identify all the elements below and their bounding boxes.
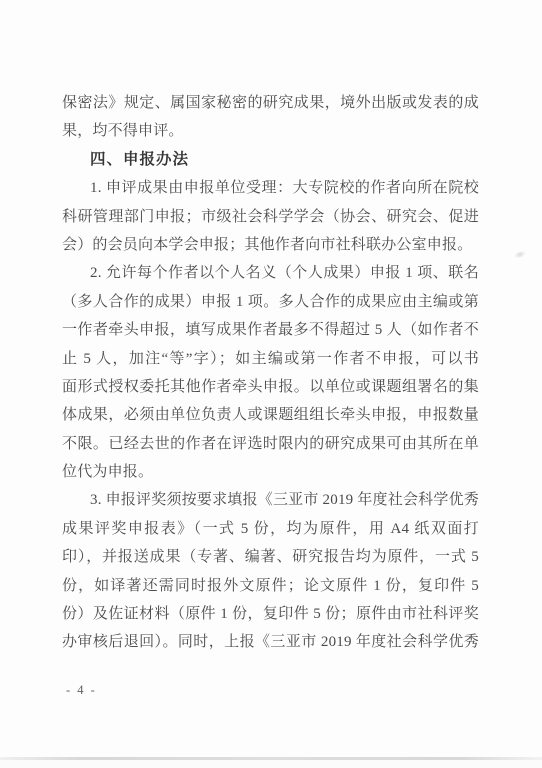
text-line: 一作者牵头申报，填写成果作者最多不得超过 5 人（如作者不 bbox=[62, 316, 479, 344]
page-bottom-edge-shadow bbox=[0, 757, 542, 760]
text-line: 不限。已经去世的作者在评选时限内的研究成果可由其所在单 bbox=[62, 430, 479, 458]
text-line: 面形式授权委托其他作者牵头申报。以单位或课题组署名的集 bbox=[62, 373, 479, 401]
scanned-document-page: 保密法》规定、属国家秘密的研究成果，境外出版或发表的成 果，均不得申评。 四、申… bbox=[0, 0, 542, 768]
text-line: 止 5 人，加注“等”字）；如主编或第一作者不申报，可以书 bbox=[62, 345, 479, 373]
text-line: 1. 申评成果由申报单位受理：大专院校的作者向所在院校 bbox=[62, 174, 479, 202]
text-line: 3. 申报评奖须按要求填报《三亚市 2019 年度社会科学优秀 bbox=[62, 486, 479, 514]
text-line: 果，均不得申评。 bbox=[62, 117, 479, 145]
text-line: 印），并报送成果（专著、编著、研究报告均为原件，一式 5 bbox=[62, 543, 479, 571]
text-line: （多人合作的成果）申报 1 项。多人合作的成果应由主编或第 bbox=[62, 288, 479, 316]
paper-below-edge bbox=[0, 760, 542, 768]
text-line: 会）的会员向本学会申报；其他作者向市社科联办公室申报。 bbox=[62, 231, 479, 259]
scan-smudge-artifact bbox=[513, 249, 527, 259]
text-line: 办审核后退回）。同时，上报《三亚市 2019 年度社会科学优秀 bbox=[62, 628, 479, 656]
text-line: 2. 允许每个作者以个人名义（个人成果）申报 1 项、联名 bbox=[62, 259, 479, 287]
document-body: 保密法》规定、属国家秘密的研究成果，境外出版或发表的成 果，均不得申评。 四、申… bbox=[62, 89, 479, 657]
text-line: 份，如译著还需同时报外文原件；论文原件 1 份，复印件 5 bbox=[62, 572, 479, 600]
text-line: 份）及佐证材料（原件 1 份，复印件 5 份；原件由市社科评奖 bbox=[62, 600, 479, 628]
text-line: 成果评奖申报表》（一式 5 份，均为原件，用 A4 纸双面打 bbox=[62, 515, 479, 543]
page-number: - 4 - bbox=[66, 683, 97, 698]
text-line: 保密法》规定、属国家秘密的研究成果，境外出版或发表的成 bbox=[62, 89, 479, 117]
text-line: 科研管理部门申报；市级社会科学学会（协会、研究会、促进 bbox=[62, 203, 479, 231]
text-line: 体成果，必须由单位负责人或课题组组长牵头申报，申报数量 bbox=[62, 401, 479, 429]
text-line: 位代为申报。 bbox=[62, 458, 479, 486]
section-heading: 四、申报办法 bbox=[62, 146, 479, 174]
